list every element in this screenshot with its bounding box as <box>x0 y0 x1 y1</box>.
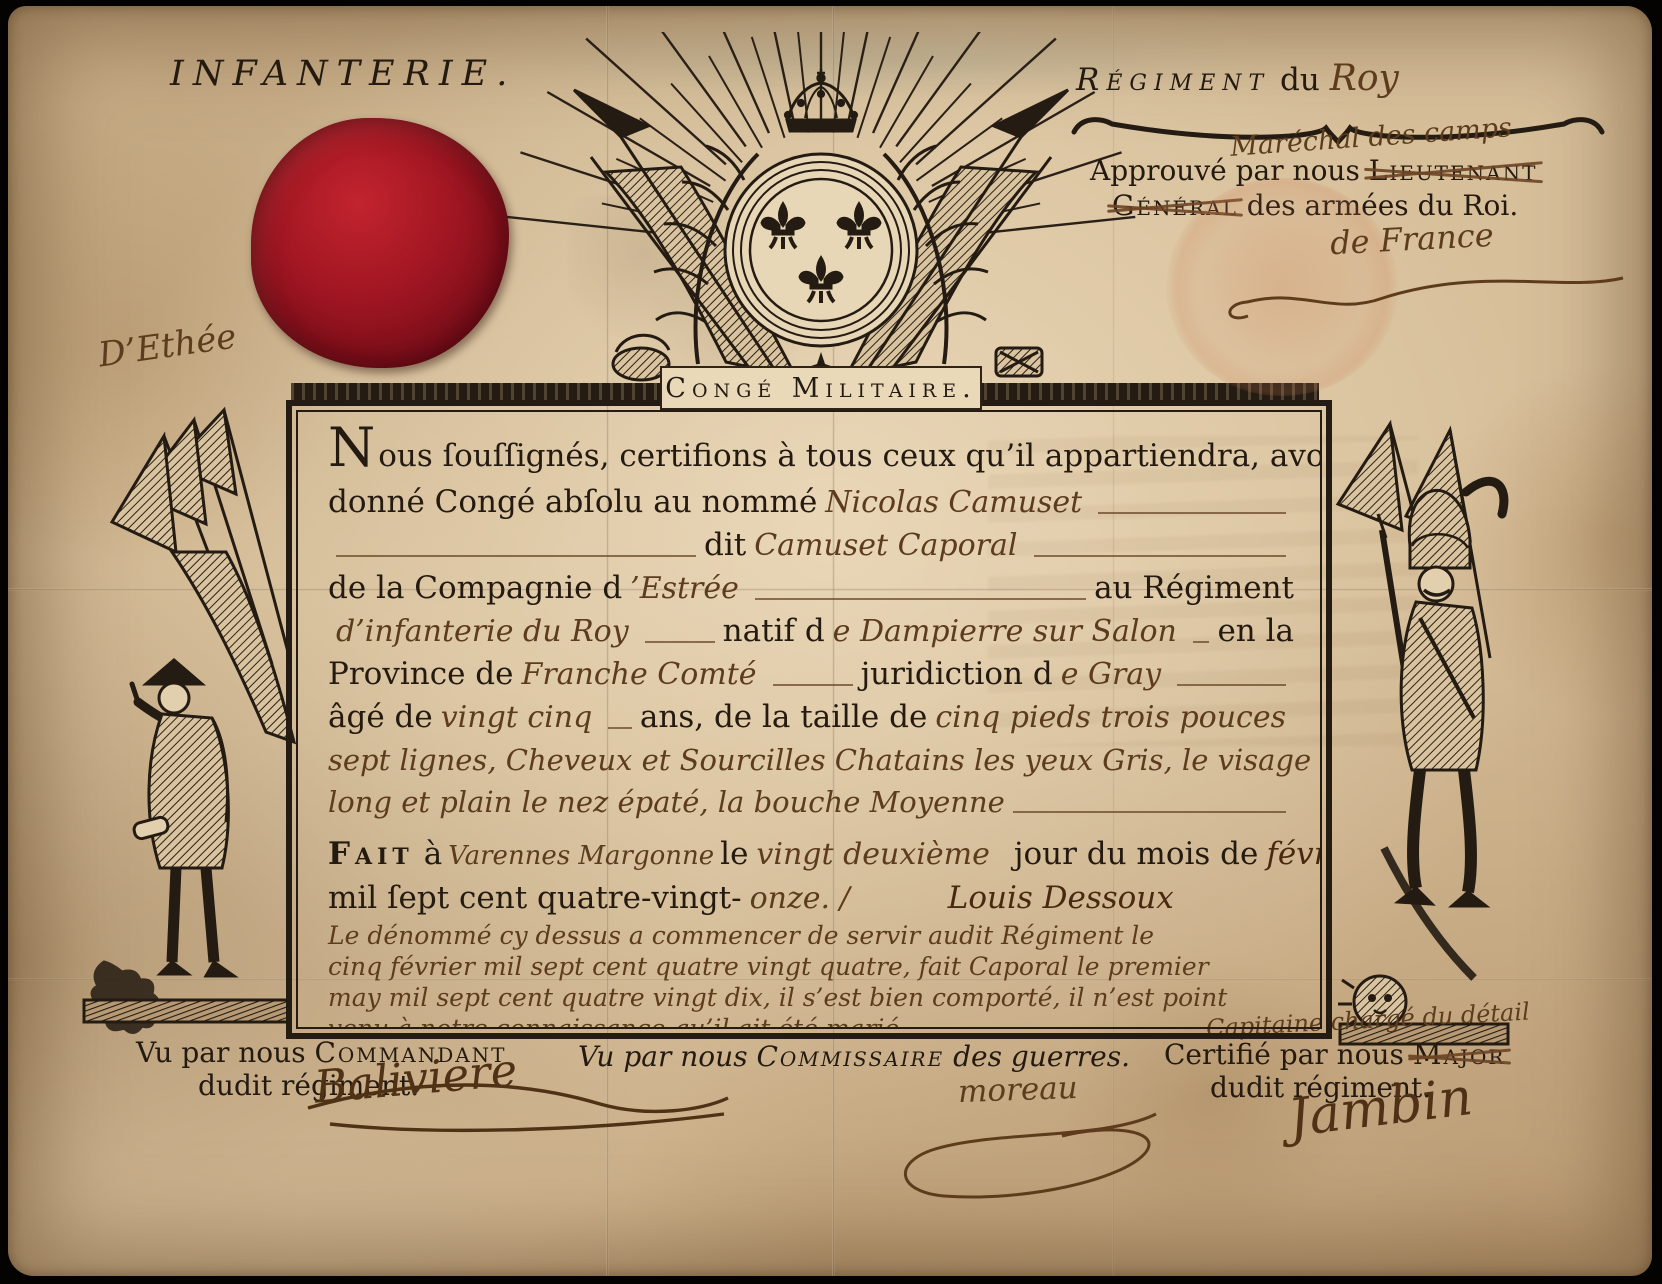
fill-rule <box>1098 508 1286 514</box>
fill-rule <box>1177 680 1286 686</box>
fill-rule <box>608 723 632 729</box>
commissaire-attestation: Vu par nous Commissaire des guerres. <box>578 1040 1130 1073</box>
handwritten-entry: long et plain le nez épaté, la bouche Mo… <box>328 781 1005 823</box>
struck-major: Major <box>1413 1038 1506 1071</box>
certificate-box: N ous ſouſſignés, certifions à tous ceux… <box>286 400 1332 1039</box>
handwritten-entry: sept lignes, Cheveux et Sourcilles Chata… <box>328 739 1311 781</box>
regiment-word: Régiment <box>1076 62 1270 98</box>
fill-rule <box>1193 637 1210 643</box>
signature-louis-dessoux: Louis Dessoux <box>948 877 1174 919</box>
drop-capital: N <box>328 428 375 468</box>
print-text: donné Congé abſolu au nommé <box>328 481 817 523</box>
handwritten-entry: e Gray <box>1061 654 1161 696</box>
handwritten-entry: Nicolas Camuset <box>825 482 1082 524</box>
handwritten-entry: d’infanterie du Roy <box>336 611 629 653</box>
fill-rule <box>645 637 715 643</box>
tricorn-hat <box>146 660 202 684</box>
regiment-du: du <box>1280 62 1320 98</box>
print-text: le <box>720 833 748 875</box>
cert-line-8: sept lignes, Cheveux et Sourcilles Chata… <box>328 739 1294 781</box>
fill-rule <box>1034 551 1287 557</box>
handwritten-entry: cinq pieds trois pouces <box>935 697 1286 739</box>
cert-line-10: Fait à Varennes Margonne le vingt deuxiè… <box>328 833 1294 877</box>
print-text: dit <box>704 524 746 566</box>
handwritten-entry: vingt cinq <box>441 697 593 739</box>
service-note-line-1: Le dénommé cy dessus a commencer de serv… <box>328 920 1294 951</box>
conge-banner: Congé Militaire. <box>660 366 982 410</box>
print-text: de la Compagnie d <box>328 567 622 609</box>
grenadier-woodcut <box>1324 418 1524 1054</box>
handwritten-entry: e Dampierre sur Salon <box>833 611 1177 653</box>
print-text: mil ſept cent quatre-vingt- <box>328 877 742 919</box>
handwritten-entry: vingt deuxième <box>756 834 989 876</box>
regiment-line: Régiment du Roy <box>1076 58 1399 99</box>
fill-rule <box>1013 807 1286 813</box>
fill-rule <box>336 551 696 557</box>
print-text: juridiction d <box>861 653 1053 695</box>
service-note-line-2: cinq février mil sept cent quatre vingt … <box>328 951 1294 982</box>
struck-lieutenant: Lieutenant <box>1369 154 1538 187</box>
print-text: des guerres. <box>953 1040 1130 1073</box>
document-paper: INFANTERIE. <box>8 6 1652 1276</box>
margin-signature-dethee: D’Ethée <box>96 317 239 376</box>
cert-line-6: Province de Franche Comté juridiction d … <box>328 653 1294 696</box>
fill-rule <box>755 594 1086 600</box>
handwritten-entry: Camuset Caporal <box>754 525 1017 567</box>
print-text: âgé de <box>328 696 433 738</box>
cert-line-1: N ous ſouſſignés, certifions à tous ceux… <box>328 428 1294 481</box>
regiment-name-handwritten: Roy <box>1330 58 1399 99</box>
print-text: au Régiment <box>1094 567 1294 609</box>
handwritten-entry: Varennes Margonne <box>448 835 714 877</box>
handwritten-entry: février <box>1266 833 1322 875</box>
print-text: Vu par nous <box>578 1040 748 1073</box>
print-text: ous ſouſſignés, certifions à tous ceux q… <box>378 431 1322 481</box>
print-text: ans, de la taille de <box>640 696 927 738</box>
print-text: Vu par nous <box>136 1036 306 1069</box>
handwritten-entry: venu à notre connaissance qu’il ait été … <box>328 1013 899 1029</box>
handwritten-entry: onze. / <box>750 878 850 920</box>
cert-line-7: âgé de vingt cinq ans, de la taille de c… <box>328 696 1294 739</box>
cert-line-5: d’infanterie du Roy natif d e Dampierre … <box>328 610 1294 653</box>
ground-hatching <box>84 1000 290 1022</box>
service-note-line-3: may mil sept cent quatre vingt dix, il s… <box>328 982 1294 1013</box>
de-france-handwritten: de France <box>1329 216 1494 263</box>
fill-rule <box>907 1028 967 1029</box>
print-text: en la <box>1217 610 1294 652</box>
print-text: Province de <box>328 653 514 695</box>
pointing-soldier-woodcut <box>76 402 302 1044</box>
print-text: natif d <box>723 610 825 652</box>
fill-rule <box>983 1028 1103 1029</box>
print-text: Certifié par nous <box>1164 1038 1404 1071</box>
service-note-line-4: venu à notre connaissance qu’il ait été … <box>328 1013 1294 1029</box>
cert-line-2: donné Congé abſolu au nommé Nicolas Camu… <box>328 481 1294 524</box>
plume <box>1466 481 1504 514</box>
cert-line-4: de la Compagnie d ’Estrée au Régiment <box>328 567 1294 610</box>
handwritten-entry: Franche Comté <box>522 654 757 696</box>
banner-title: Congé Militaire. <box>665 373 976 404</box>
approval-pre: Approuvé par nous <box>1090 154 1360 187</box>
photo-backdrop: INFANTERIE. <box>0 0 1662 1284</box>
cert-line-9: long et plain le nez épaté, la bouche Mo… <box>328 781 1294 823</box>
print-text: Fait <box>328 833 414 875</box>
print-text: jour du mois de <box>1014 833 1259 875</box>
cert-line-11: mil ſept cent quatre-vingt- onze. / Loui… <box>328 877 1294 920</box>
signature-flourish <box>874 1096 1176 1214</box>
fleur-de-lis-medallion <box>725 154 917 346</box>
certificate-text: N ous ſouſſignés, certifions à tous ceux… <box>296 410 1322 1029</box>
handwritten-entry: ’Estrée <box>630 568 739 610</box>
print-text: à <box>424 833 442 875</box>
commissaire-word: Commissaire <box>756 1040 944 1073</box>
cert-line-3: dit Camuset Caporal <box>328 524 1294 567</box>
fill-rule <box>773 680 853 686</box>
signature-flourish <box>1213 258 1633 328</box>
